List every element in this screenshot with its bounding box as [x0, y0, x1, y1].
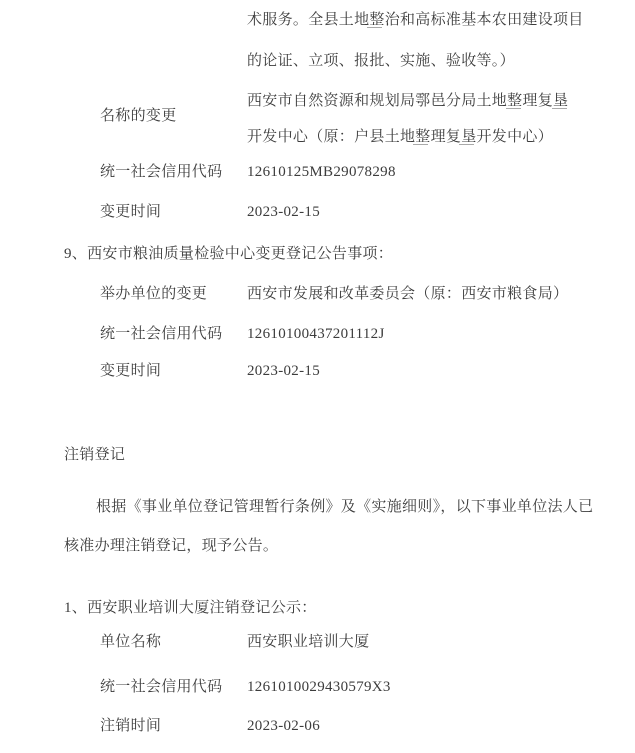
dereg-item1-unit-name-value: 西安职业培训大厦 — [247, 633, 369, 652]
name-change-value-line-2: 开发中心（原：户县土地整理复垦开发中心） — [247, 128, 553, 147]
spellcheck-underline — [552, 108, 567, 109]
purpose-overflow-line-2: 的论证、立项、报批、实施、验收等。） — [247, 52, 515, 71]
deregistration-intro-line-2: 核准办理注销登记，现予公告。 — [64, 537, 278, 556]
dereg-item1-cancel-date-label: 注销时间 — [100, 717, 161, 736]
record9-change-date-label: 变更时间 — [100, 362, 161, 381]
dereg-item1-heading: 1、西安职业培训大厦注销登记公示： — [64, 599, 317, 618]
dereg-item1-unit-name-label: 单位名称 — [100, 633, 161, 652]
spellcheck-underline — [367, 27, 382, 28]
spellcheck-underline — [506, 108, 521, 109]
dereg-item1-cancel-date-value: 2023-02-06 — [247, 717, 320, 736]
deregistration-section-title: 注销登记 — [64, 446, 125, 465]
spellcheck-underline — [413, 144, 428, 145]
record8-credit-code-value: 12610125MB29078298 — [247, 163, 396, 182]
purpose-overflow-line-1: 术服务。全县土地整治和高标准基本农田建设项目 — [247, 11, 584, 30]
document-page: 术服务。全县土地整治和高标准基本农田建设项目 的论证、立项、报批、实施、验收等。… — [0, 0, 635, 753]
name-change-label: 名称的变更 — [100, 107, 177, 126]
deregistration-intro-line-1: 根据《事业单位登记管理暂行条例》及《实施细则》，以下事业单位法人已 — [96, 498, 593, 517]
record9-credit-code-label: 统一社会信用代码 — [100, 325, 222, 344]
record9-credit-code-value: 12610100437201112J — [247, 325, 385, 344]
record9-sponsor-label: 举办单位的变更 — [100, 285, 207, 304]
spellcheck-underline — [459, 144, 474, 145]
record8-change-date-label: 变更时间 — [100, 203, 161, 222]
record9-change-date-value: 2023-02-15 — [247, 362, 320, 381]
record9-sponsor-value: 西安市发展和改革委员会（原：西安市粮食局） — [247, 285, 568, 304]
record9-heading: 9、西安市粮油质量检验中心变更登记公告事项： — [64, 245, 393, 264]
dereg-item1-credit-code-value: 1261010029430579X3 — [247, 678, 391, 697]
record8-credit-code-label: 统一社会信用代码 — [100, 163, 222, 182]
dereg-item1-credit-code-label: 统一社会信用代码 — [100, 678, 222, 697]
record8-change-date-value: 2023-02-15 — [247, 203, 320, 222]
